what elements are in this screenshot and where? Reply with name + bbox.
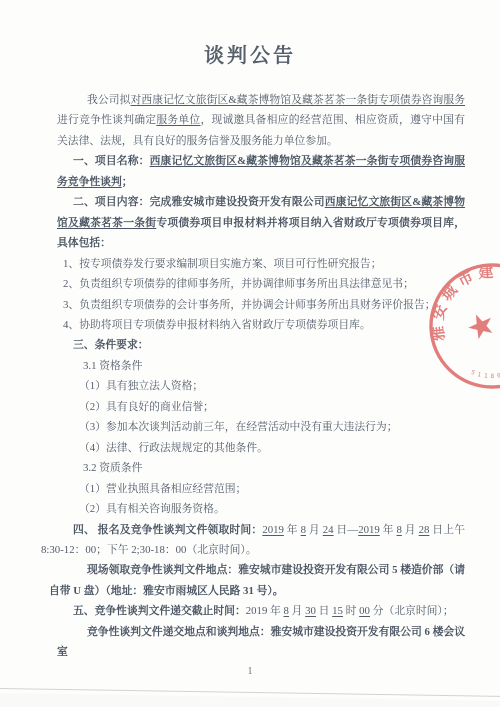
text-segment: 竞争性谈判文件递交地点和谈判地点：雅安城市建设投资开发有限公司 6 楼会议室 xyxy=(57,626,465,658)
page-number: 1 xyxy=(0,666,500,677)
content-item-3: 3、负责组织专项债券的会计事务所，并协调会计师事务所出具财务评价报告； xyxy=(57,295,465,315)
text-segment: 时 xyxy=(343,605,359,617)
text-segment: 00 xyxy=(359,605,370,617)
qualification-item-1: （1）具有独立法人资格； xyxy=(57,376,465,396)
text-segment: 日— xyxy=(334,524,359,536)
subsection-3-2: 3.2 资质条件 xyxy=(57,458,465,478)
credential-item-1: （1）营业执照具备相应经营范围； xyxy=(57,479,465,499)
text-segment: 我公司拟 xyxy=(87,94,130,106)
text-segment: 二、项目内容： xyxy=(73,196,150,208)
svg-text:5118023004: 5118023004 xyxy=(468,345,500,392)
seal-star-icon xyxy=(465,309,497,341)
text-segment: 现场领取竞争性谈判文件地点：雅安城市建设投资开发有限公司 5 楼造价部（请自带 … xyxy=(49,564,465,596)
text-segment: 2、负责组织专项债券的律师事务所，并协调律师事务所出具法律意见书； xyxy=(63,278,414,290)
text-segment: （4）法律、行政法规规定的其他条件。 xyxy=(79,442,268,454)
text-segment: 3.1 资格条件 xyxy=(83,360,142,372)
seal-serial-number: 5118023004 xyxy=(468,345,500,392)
text-segment: 2019 年 xyxy=(246,605,284,617)
text-segment: 服务单位 xyxy=(156,114,200,126)
subsection-3-1: 3.1 资格条件 xyxy=(57,356,465,376)
text-segment: 三、条件要求： xyxy=(73,339,149,351)
text-segment: （1）营业执照具备相应经营范围； xyxy=(79,483,246,495)
text-segment: 28 xyxy=(419,524,430,536)
text-segment: 日 xyxy=(316,605,332,617)
text-segment: 4、协助将项目专项债券申报材料纳入省财政厅专项债券项目库。 xyxy=(63,319,371,331)
intro-paragraph: 我公司拟对西康记忆文旅街区&藏茶博物馆及藏茶茗茶一条街专项债券咨询服务进行竞争性… xyxy=(57,90,465,151)
content-item-2: 2、负责组织专项债券的律师事务所，并协调律师事务所出具法律意见书； xyxy=(57,274,465,294)
page-title: 谈判公告 xyxy=(0,0,500,70)
content-item-4: 4、协助将项目专项债券申报材料纳入省财政厅专项债券项目库。 xyxy=(57,315,465,335)
section-5-submission-deadline: 五、竞争性谈判文件递交截止时间：2019 年 8 月 30 日 15 时 00 … xyxy=(57,601,465,621)
qualification-item-2: （2）具有良好的商业信誉； xyxy=(57,397,465,417)
text-segment: 3、负责组织专项债券的会计事务所，并协调会计师事务所出具财务评价报告； xyxy=(63,299,436,311)
section-1-project-name: 一、项目名称：西康记忆文旅街区&藏茶博物馆及藏茶茗茶一条街专项债券咨询服务竞争性… xyxy=(57,151,465,192)
qualification-item-4: （4）法律、行政法规规定的其他条件。 xyxy=(57,438,465,458)
text-segment: 月 xyxy=(306,524,323,536)
text-segment: （1）具有独立法人资格； xyxy=(79,380,203,392)
text-segment: 月 xyxy=(289,605,305,617)
text-segment: 15 xyxy=(332,605,343,617)
text-segment: ； xyxy=(122,176,133,188)
text-segment: （3）参加本次谈判活动前三年，在经营活动中没有重大违法行为； xyxy=(79,421,398,433)
text-segment: 1、按专项债券发行要求编制项目实施方案、项目可行性研究报告； xyxy=(63,258,382,270)
text-segment: 月 xyxy=(402,524,419,536)
text-segment: （2）具有相关咨询服务资格。 xyxy=(79,503,225,515)
qualification-item-3: （3）参加本次谈判活动前三年，在经营活动中没有重大违法行为； xyxy=(57,417,465,437)
text-segment: 对西康记忆文旅街区&藏茶博物馆及藏茶茗茶一条街专项债券咨询服务 xyxy=(130,94,465,106)
document-body: 我公司拟对西康记忆文旅街区&藏茶博物馆及藏茶茗茶一条街专项债券咨询服务进行竞争性… xyxy=(57,90,465,663)
text-segment: 2019 xyxy=(358,524,380,536)
text-segment: 24 xyxy=(323,524,334,536)
text-segment: 一、项目名称： xyxy=(73,155,150,167)
text-segment: 分（北京时间）； xyxy=(370,605,454,617)
credential-item-2: （2）具有相关咨询服务资格。 xyxy=(57,499,465,519)
section-3-conditions: 三、条件要求： xyxy=(57,335,465,355)
section-4-document-pickup-time: 四、 报名及竞争性谈判文件领取时间：2019 年 8 月 24 日—2019 年… xyxy=(41,520,465,561)
text-segment: 四、 报名及竞争性谈判文件领取时间： xyxy=(73,524,262,536)
text-segment: 3.2 资质条件 xyxy=(83,462,142,474)
content-item-1: 1、按专项债券发行要求编制项目实施方案、项目可行性研究报告； xyxy=(57,254,465,274)
text-segment: 五、竞争性谈判文件递交截止时间： xyxy=(73,605,246,617)
text-segment: 进行竞争性谈判确定 xyxy=(57,114,156,126)
pickup-location-paragraph: 现场领取竞争性谈判文件地点：雅安城市建设投资开发有限公司 5 楼造价部（请自带 … xyxy=(49,560,465,601)
text-segment: 完成雅安城市建设投资开发有限公司 xyxy=(150,196,325,208)
scanned-document-page: 谈判公告 我公司拟对西康记忆文旅街区&藏茶博物馆及藏茶茗茶一条街专项债券咨询服务… xyxy=(0,0,500,707)
text-segment: 年 xyxy=(284,524,301,536)
text-segment: 2019 xyxy=(262,524,284,536)
text-segment: 年 xyxy=(380,524,397,536)
text-segment: （2）具有良好的商业信誉； xyxy=(79,401,214,413)
section-2-project-content: 二、项目内容：完成雅安城市建设投资开发有限公司西康记忆文旅街区&藏茶博物馆及藏茶… xyxy=(57,192,465,253)
submission-location-paragraph: 竞争性谈判文件递交地点和谈判地点：雅安城市建设投资开发有限公司 6 楼会议室 xyxy=(57,622,465,663)
text-segment: 30 xyxy=(305,605,316,617)
